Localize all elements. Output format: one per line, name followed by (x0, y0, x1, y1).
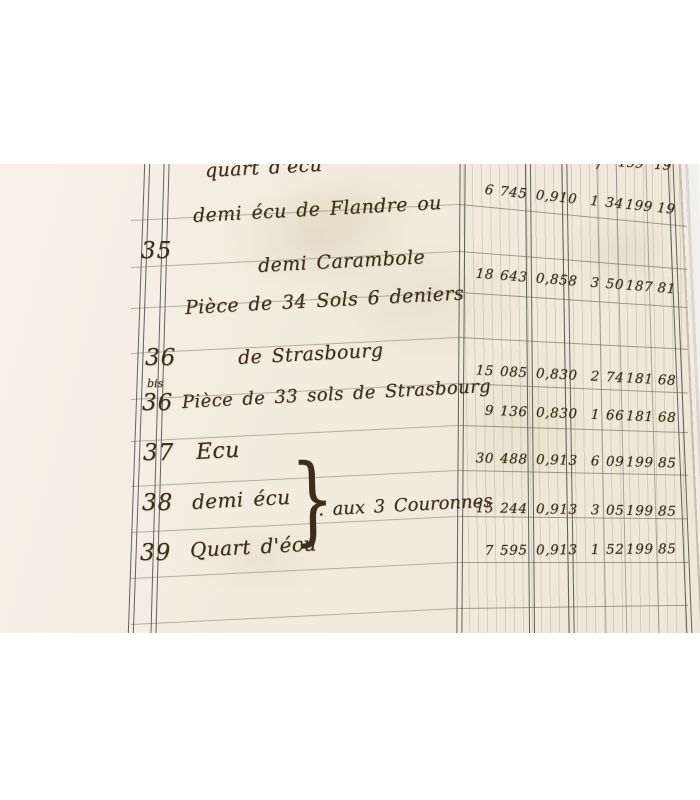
value-francs: 3 (580, 502, 600, 518)
row-values: 15 244 0,913 3 05 199 85 (468, 500, 688, 522)
price-francs: 187 (625, 277, 650, 295)
fineness-value: 0,830 (536, 405, 578, 423)
price-centimes: 19 (656, 200, 676, 218)
coin-designation: Pièce de 34 Sols 6 deniers (184, 282, 464, 319)
value-centimes: 52 (606, 542, 625, 558)
value-francs: 1 (580, 406, 601, 423)
row-rule-line (131, 562, 461, 579)
coin-designation: Ecu (195, 438, 240, 465)
coin-designation: Pièce de 33 sols de Strasbourg (181, 376, 491, 413)
weight-grams: 6 (467, 180, 495, 199)
weight-milligrams: 745 (499, 183, 528, 202)
weight-milligrams: 085 (500, 364, 528, 381)
price-francs: 199 (626, 503, 650, 519)
price-francs: 199 (626, 541, 650, 557)
coin-designation: demi écu de Flandre ou (192, 192, 442, 227)
fineness-value: 0,830 (536, 366, 578, 384)
weight-milligrams: 595 (500, 542, 528, 558)
weight-milligrams: 244 (500, 501, 528, 517)
weight-milligrams: 488 (500, 451, 528, 468)
row-rule-line (131, 425, 461, 442)
weight-milligrams: 136 (500, 403, 528, 420)
price-centimes: 85 (658, 455, 677, 471)
value-centimes: 34 (605, 194, 625, 212)
price-centimes: 68 (658, 409, 677, 426)
value-centimes: 05 (606, 502, 625, 518)
coin-designation: demi écu (191, 485, 291, 514)
price-francs: 199 (626, 454, 650, 471)
fineness-value: 0,913 (536, 542, 578, 558)
ledger-photo: 7 199 19 35 36 bis 36 37 38 39 quart d'é… (0, 164, 700, 633)
weight-grams: 15 (468, 362, 495, 379)
value-centimes: 74 (605, 369, 624, 386)
coin-designation: quart d'écu (204, 164, 322, 182)
coin-designation: demi Carambole (257, 246, 425, 277)
value-centimes: 50 (605, 276, 625, 293)
fineness-value: 0,858 (535, 270, 578, 289)
price-centimes: 85 (658, 503, 677, 519)
row-values: 7 595 0,913 1 52 199 85 (468, 541, 688, 561)
weight-grams: 9 (468, 402, 495, 419)
row-number: 36 (145, 345, 176, 371)
value-centimes: 66 (606, 407, 625, 424)
row-number: 38 (142, 490, 173, 516)
fineness-value: 0,913 (536, 452, 578, 469)
row-number: 39 (140, 540, 171, 566)
value-francs: 3 (579, 274, 600, 292)
value-francs: 1 (579, 192, 601, 210)
weight-grams: 18 (467, 265, 494, 283)
fineness-value: 0,910 (535, 187, 578, 207)
value-francs: 2 (579, 368, 600, 385)
price-francs: 181 (626, 408, 651, 425)
price-francs: 181 (625, 370, 650, 387)
weight-grams: 7 (468, 543, 494, 559)
coin-designation: de Strasbourg (237, 339, 383, 369)
row-number-suffix: bis (147, 377, 163, 390)
price-centimes: 85 (658, 541, 677, 557)
fineness-value: 0,913 (536, 501, 578, 518)
row-number: 37 (143, 440, 174, 466)
row-number: 36 (142, 390, 173, 416)
price-centimes: 68 (657, 372, 676, 389)
price-francs: 199 (624, 197, 650, 215)
cutoff-value-fragment: 7 (594, 164, 603, 173)
weight-milligrams: 643 (499, 268, 528, 286)
row-number: 35 (141, 238, 172, 264)
value-centimes: 09 (606, 454, 625, 470)
value-francs: 6 (580, 453, 600, 470)
weight-grams: 15 (468, 500, 494, 516)
row-rule-line (131, 608, 461, 625)
value-francs: 1 (580, 542, 600, 558)
row-rule-line (460, 562, 688, 563)
weight-grams: 30 (468, 450, 494, 467)
price-centimes: 81 (657, 280, 677, 297)
